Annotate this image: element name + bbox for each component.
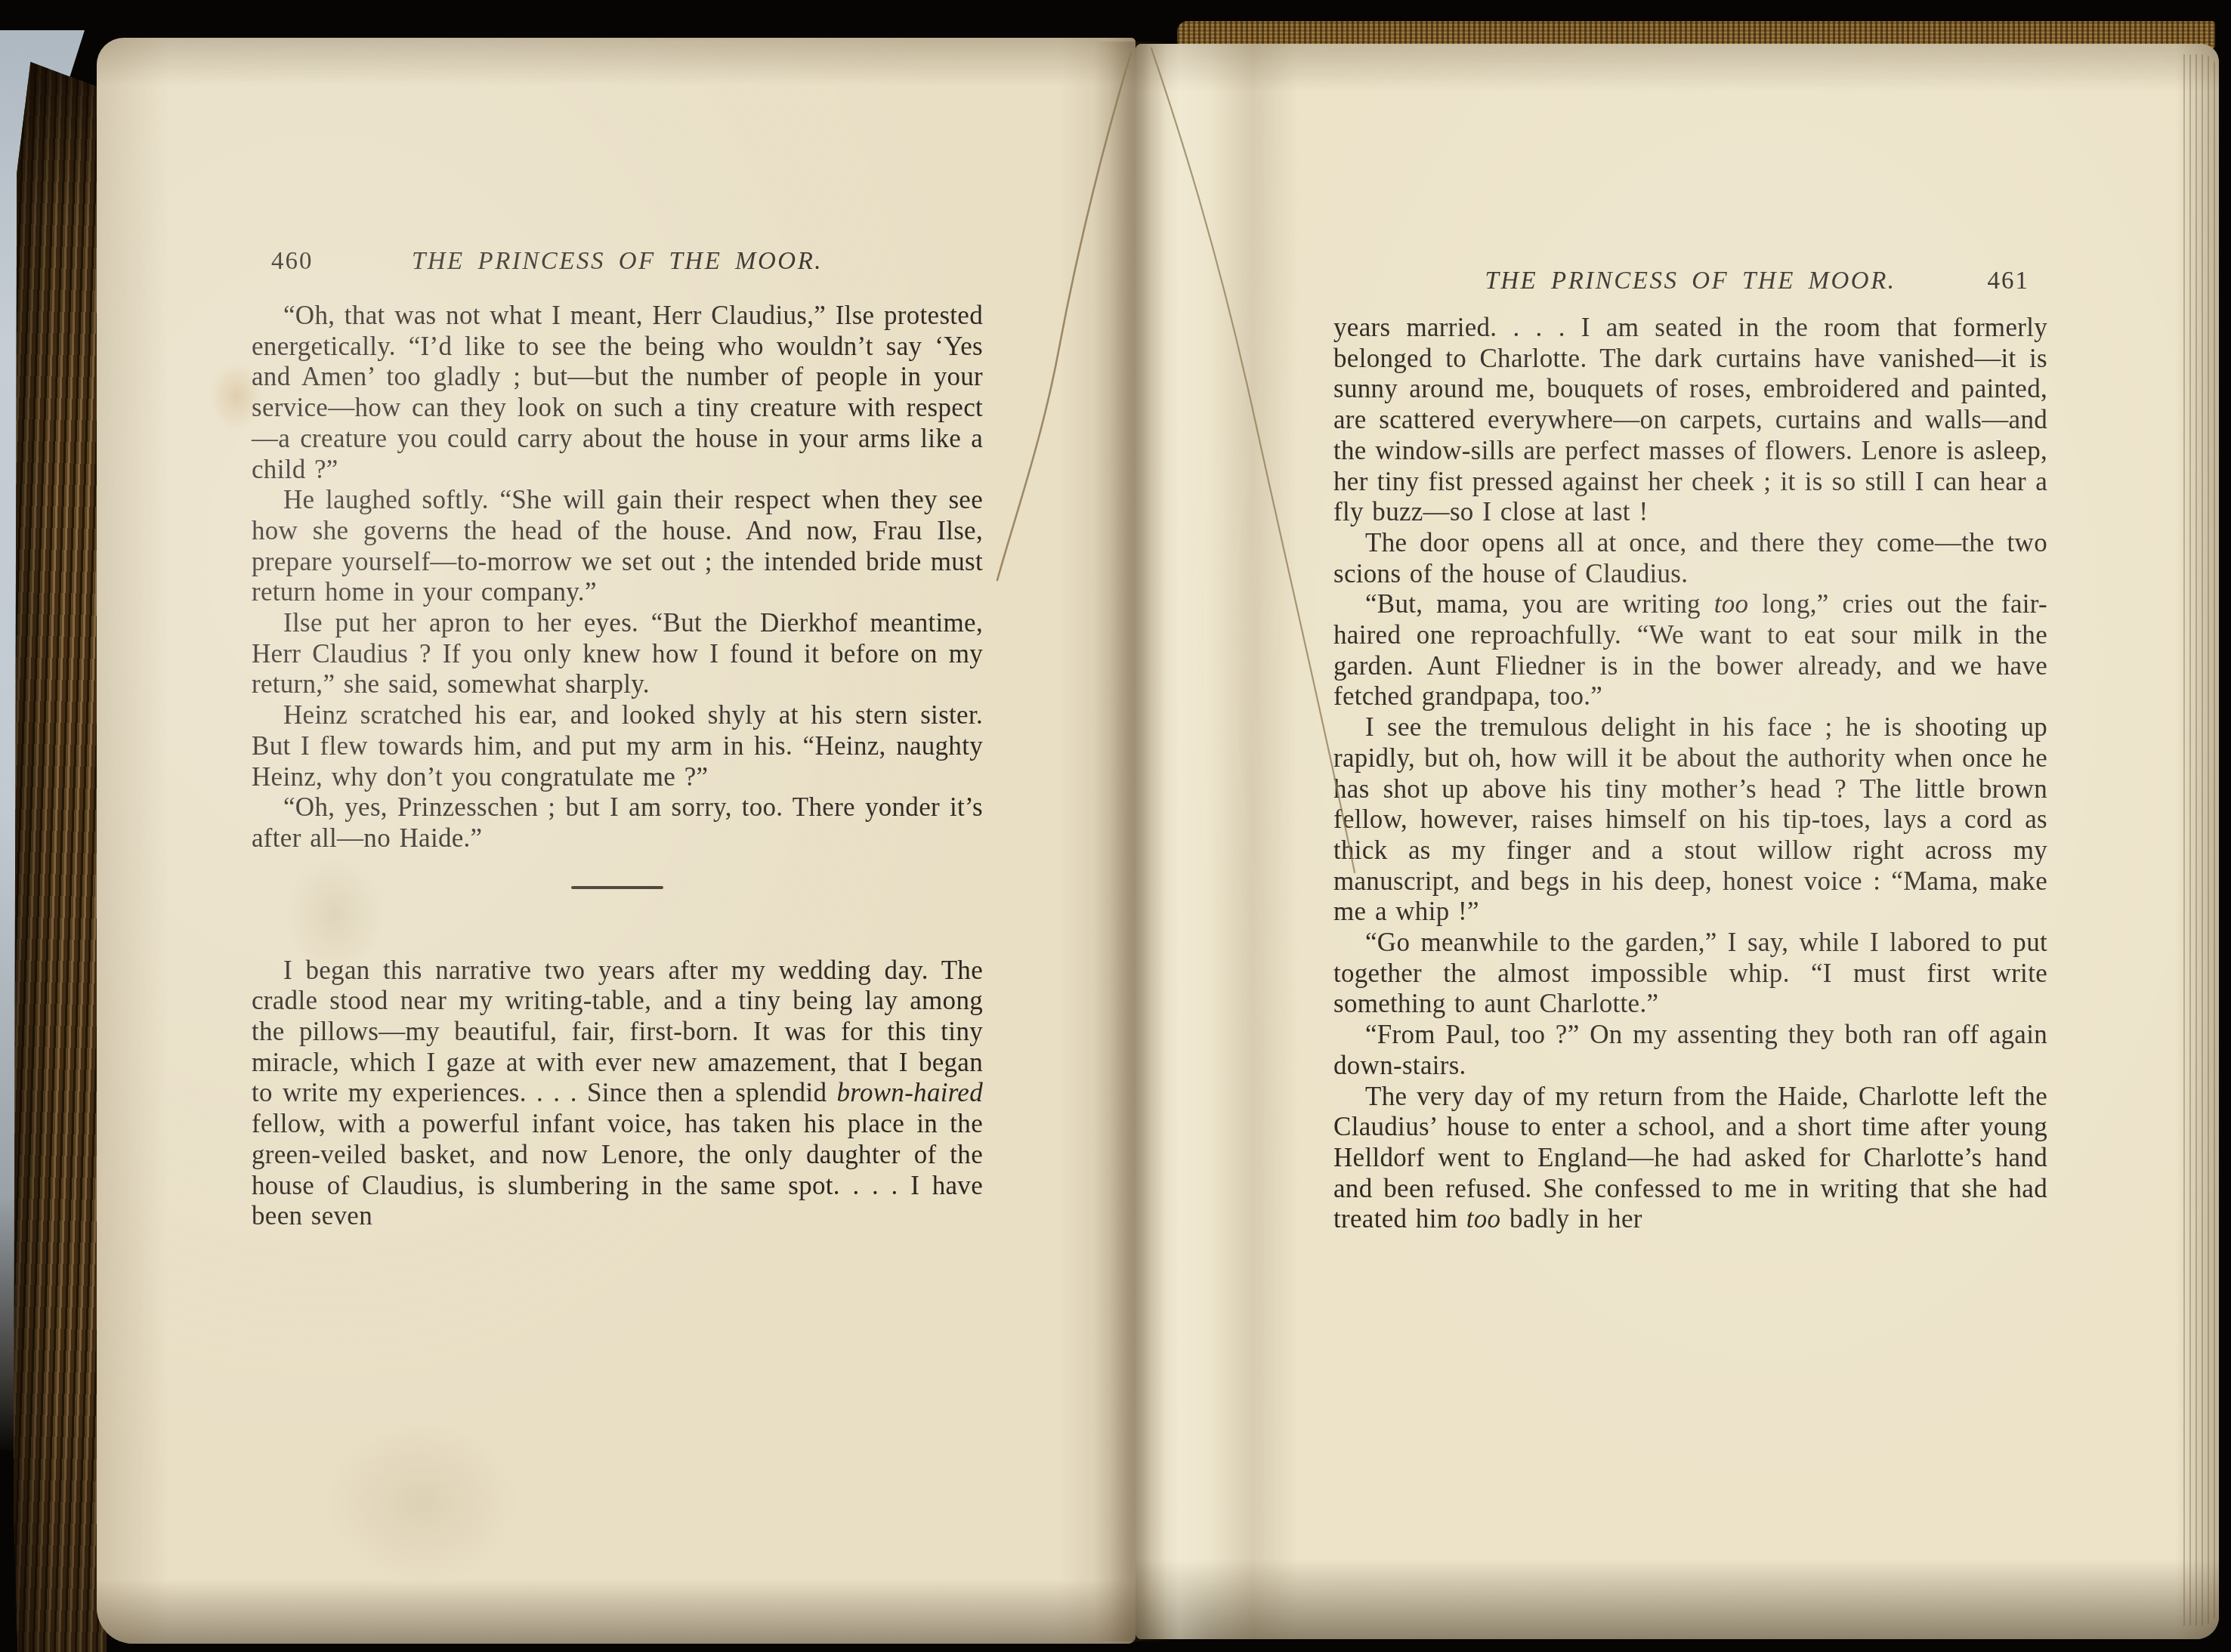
text-run: Heinz scratched his ear, and looked shyl… — [252, 700, 983, 791]
right-running-head: THE PRINCESS OF THE MOOR. 461 — [1333, 267, 2047, 302]
paragraph: “But, mama, you are writing too long,” c… — [1333, 589, 2047, 712]
paragraph: years married. . . . I am seated in the … — [1333, 313, 2047, 528]
text-run: He laughed softly. “She will gain their … — [252, 485, 983, 607]
right-page-text-column: years married. . . . I am seated in the … — [1333, 313, 2047, 1235]
text-run: “Go meanwhile to the garden,” I say, whi… — [1333, 928, 2047, 1018]
italic-text: too — [1714, 589, 1749, 619]
paragraph: I see the tremulous delight in his face … — [1333, 712, 2047, 928]
page-number-right: 461 — [1988, 267, 2030, 295]
text-run: “From Paul, too ?” On my assenting they … — [1333, 1020, 2047, 1080]
paragraph: The very day of my return from the Haide… — [1333, 1082, 2047, 1236]
paragraph: “Go meanwhile to the garden,” I say, whi… — [1333, 928, 2047, 1020]
right-page: THE PRINCESS OF THE MOOR. 461 years marr… — [1136, 44, 2219, 1639]
paragraph: He laughed softly. “She will gain their … — [252, 485, 983, 608]
left-page-text-column: “Oh, that was not what I meant, Herr Cla… — [252, 301, 983, 1232]
left-running-head: 460 THE PRINCESS OF THE MOOR. — [252, 248, 983, 283]
page-stain — [323, 1420, 520, 1586]
paragraph: Ilse put her apron to her eyes. “But the… — [252, 608, 983, 700]
italic-text: too — [1466, 1204, 1501, 1234]
section-break-rule — [571, 886, 663, 889]
paragraph: I began this narrative two years after m… — [252, 956, 983, 1232]
paragraph: The door opens all at once, and there th… — [1333, 528, 2047, 589]
running-title-right: THE PRINCESS OF THE MOOR. — [1333, 267, 2047, 295]
page-number-left: 460 — [271, 248, 314, 276]
paragraph: “From Paul, too ?” On my assenting they … — [1333, 1020, 2047, 1081]
open-book-scan: 460 THE PRINCESS OF THE MOOR. “Oh, that … — [0, 0, 2231, 1652]
text-run: “Oh, yes, Prinzesschen ; but I am sorry,… — [252, 792, 983, 853]
paragraph: “Oh, that was not what I meant, Herr Cla… — [252, 301, 983, 485]
paragraph: “Oh, yes, Prinzesschen ; but I am sorry,… — [252, 792, 983, 854]
text-run: badly in her — [1500, 1204, 1642, 1234]
text-run: “But, mama, you are writing — [1365, 589, 1714, 619]
text-run: “Oh, that was not what I meant, Herr Cla… — [252, 301, 983, 484]
text-run: The door opens all at once, and there th… — [1333, 528, 2047, 588]
text-run: fellow, with a powerful infant voice, ha… — [252, 1109, 983, 1231]
text-run: Ilse put her apron to her eyes. “But the… — [252, 608, 983, 699]
running-title-left: THE PRINCESS OF THE MOOR. — [252, 248, 983, 276]
text-run: years married. . . . I am seated in the … — [1333, 313, 2047, 526]
page-stack-right-edge — [2179, 54, 2217, 1626]
text-run: I see the tremulous delight in his face … — [1333, 712, 2047, 926]
left-page: 460 THE PRINCESS OF THE MOOR. “Oh, that … — [97, 38, 1136, 1644]
italic-text: brown-haired — [836, 1078, 983, 1107]
paragraph: Heinz scratched his ear, and looked shyl… — [252, 700, 983, 792]
text-run: The very day of my return from the Haide… — [1333, 1082, 2047, 1234]
